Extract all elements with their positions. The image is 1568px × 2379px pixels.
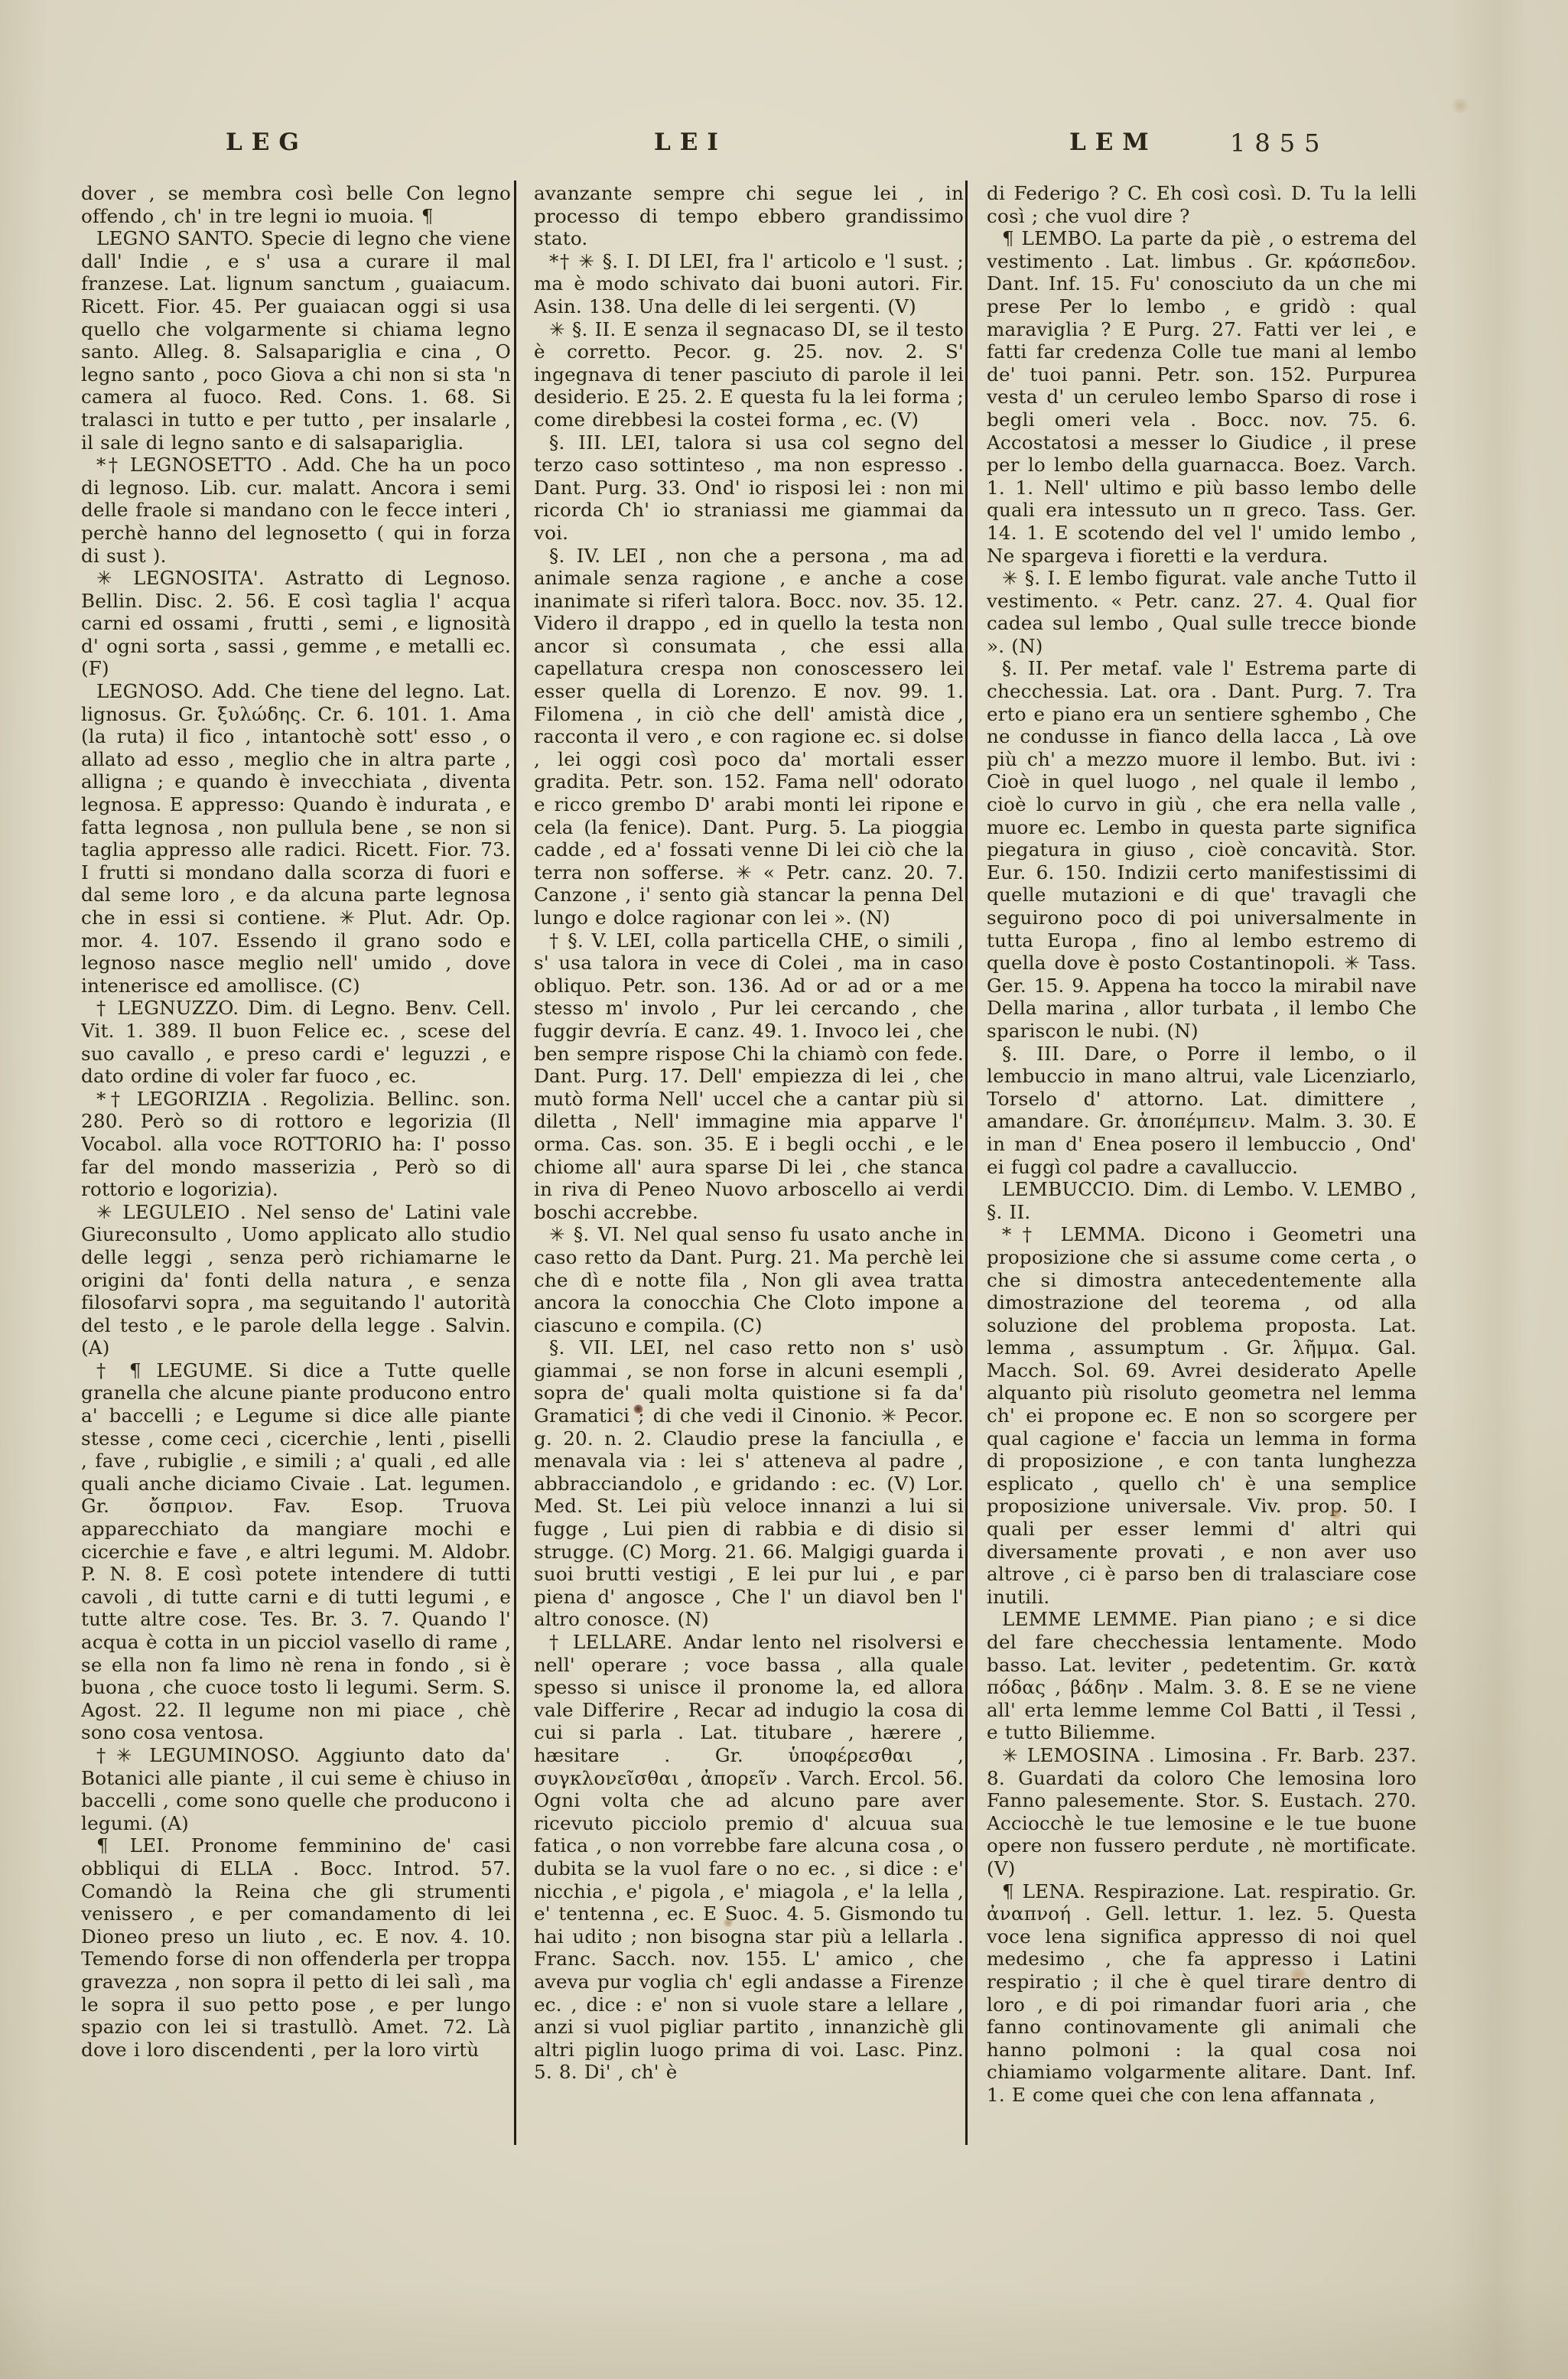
entry-paragraph: LEMME LEMME. Pian piano ; e si dice del … <box>987 1608 1417 1744</box>
entry-paragraph: ✳ §. I. E lembo figurat. vale anche Tutt… <box>987 567 1417 657</box>
entry-paragraph: avanzante sempre chi segue lei , in proc… <box>534 182 964 250</box>
entry-paragraph: §. VII. LEI, nel caso retto non s' usò g… <box>534 1336 964 1631</box>
text-column-1: dover , se membra così belle Con legno o… <box>81 182 511 2146</box>
entry-paragraph: *† LEGNOSETTO . Add. Che ha un poco di l… <box>81 454 511 567</box>
entry-paragraph: §. III. LEI, talora si usa col segno del… <box>534 431 964 545</box>
column-divider-right <box>965 181 968 2145</box>
text-column-2: avanzante sempre chi segue lei , in proc… <box>534 182 964 2146</box>
foxing-stain <box>1450 98 1470 113</box>
entry-paragraph: di Federigo ? C. Eh così così. D. Tu la … <box>987 182 1417 227</box>
entry-paragraph: ¶ LEI. Pronome femminino de' casi obbliq… <box>81 1834 511 2061</box>
running-head-left: LEG <box>226 129 308 156</box>
entry-paragraph: LEGNO SANTO. Specie di legno che viene d… <box>81 227 511 454</box>
column-divider-left <box>514 181 516 2145</box>
entry-paragraph: LEGNOSO. Add. Che tiene del legno. Lat. … <box>81 680 511 997</box>
text-column-3: di Federigo ? C. Eh così così. D. Tu la … <box>987 182 1417 2146</box>
entry-paragraph: ✳ LEGNOSITA'. Astratto di Legnoso. Belli… <box>81 567 511 680</box>
entry-paragraph: LEMBUCCIO. Dim. di Lembo. V. LEMBO , §. … <box>987 1178 1417 1223</box>
entry-paragraph: §. II. Per metaf. vale l' Estrema parte … <box>987 657 1417 1042</box>
running-head-right: LEM <box>1069 129 1158 156</box>
entry-paragraph: † LELLARE. Andar lento nel risolversi e … <box>534 1631 964 2084</box>
entry-paragraph: ¶ LEMBO. La parte da piè , o estrema del… <box>987 227 1417 567</box>
entry-paragraph: †✳ LEGUMINOSO. Aggiunto dato da' Botanic… <box>81 1744 511 1834</box>
entry-paragraph: ✳ §. VI. Nel qual senso fu usato anche i… <box>534 1223 964 1336</box>
entry-paragraph: ¶ LENA. Respirazione. Lat. respiratio. G… <box>987 1880 1417 2107</box>
entry-paragraph: *† LEGORIZIA . Regolizia. Bellinc. son. … <box>81 1088 511 1201</box>
entry-paragraph: *† LEMMA. Dicono i Geometri una proposiz… <box>987 1223 1417 1608</box>
entry-paragraph: dover , se membra così belle Con legno o… <box>81 182 511 227</box>
entry-paragraph: §. III. Dare, o Porre il lembo, o il lem… <box>987 1043 1417 1179</box>
entry-paragraph: ✳ LEMOSINA . Limosina . Fr. Barb. 237. 8… <box>987 1744 1417 1880</box>
page-number: 1855 <box>1230 129 1329 158</box>
entry-paragraph: ✳ LEGULEIO . Nel senso de' Latini vale G… <box>81 1201 511 1359</box>
running-head-center: LEI <box>654 129 727 156</box>
entry-paragraph: ✳ §. II. E senza il segnacaso DI, se il … <box>534 318 964 431</box>
entry-paragraph: † LEGNUZZO. Dim. di Legno. Benv. Cell. V… <box>81 997 511 1087</box>
scanned-page: LEG LEI LEM 1855 dover , se membra così … <box>0 0 1568 2379</box>
entry-paragraph: † §. V. LEI, colla particella CHE, o sim… <box>534 929 964 1224</box>
entry-paragraph: † ¶ LEGUME. Si dice a Tutte quelle grane… <box>81 1359 511 1744</box>
running-head: LEG LEI LEM 1855 <box>0 129 1568 165</box>
entry-paragraph: *† ✳ §. I. DI LEI, fra l' articolo e 'l … <box>534 250 964 318</box>
entry-paragraph: §. IV. LEI , non che a persona , ma ad a… <box>534 545 964 929</box>
